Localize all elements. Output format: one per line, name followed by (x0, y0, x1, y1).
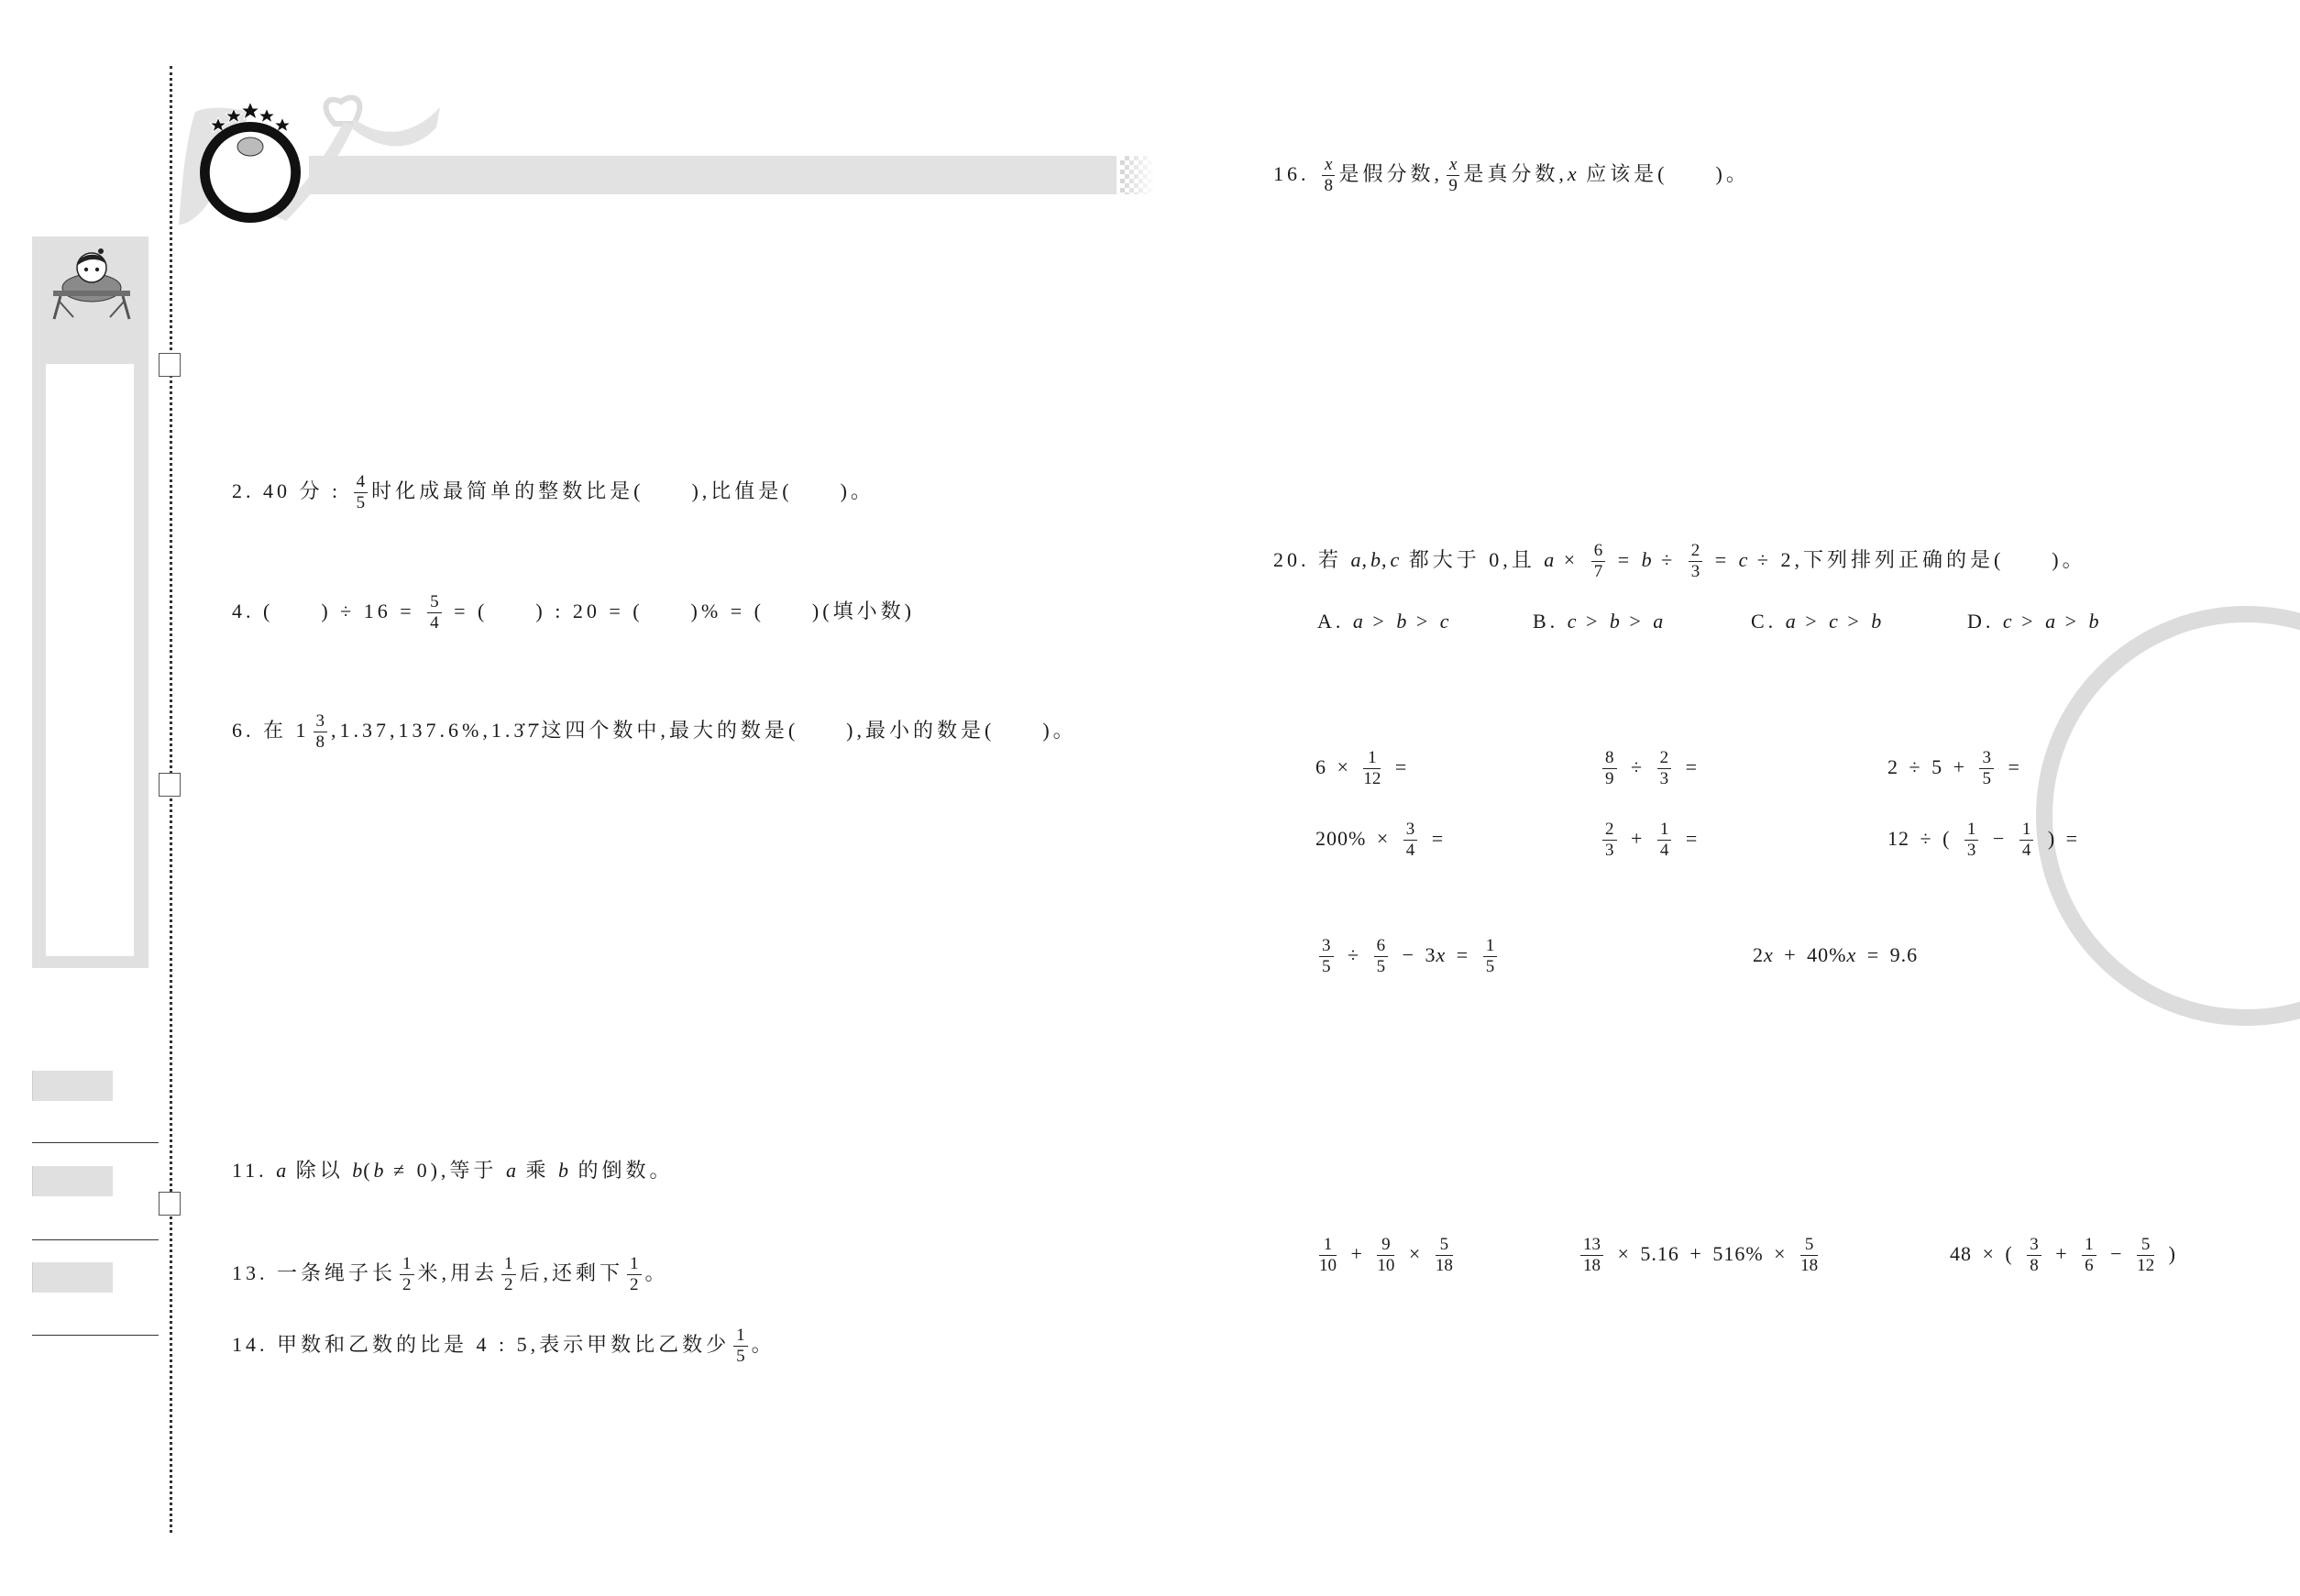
math-variable: b (2089, 610, 2100, 633)
simplify-item: 1318 × 5.16 + 516% × 518 (1577, 1239, 1821, 1269)
denominator: 9 (1447, 176, 1459, 195)
numerator: x (1322, 156, 1335, 176)
denominator: 5 (1374, 957, 1389, 976)
numerator: 1 (1657, 820, 1672, 841)
text-run: 48 × ( (1950, 1242, 2023, 1265)
text-run: = (1997, 755, 2020, 778)
class-field[interactable] (32, 1239, 159, 1240)
text-run: > (1407, 610, 1439, 633)
denominator: 8 (1322, 176, 1335, 195)
text-run: 是真分数, (1463, 162, 1568, 185)
question-7-line-1 (232, 779, 1154, 809)
question-13: 13. 一条绳子长12米,用去12后,还剩下12。 (232, 1259, 669, 1288)
fraction: 54 (427, 593, 442, 633)
math-variable: c (1440, 610, 1450, 633)
brand-logo (186, 99, 314, 227)
text-run: 14. 甲数和乙数的比是 4 : 5,表示甲数比乙数少 (232, 1333, 730, 1356)
verse-block (53, 669, 127, 730)
denominator: 18 (1580, 1256, 1603, 1275)
school-field-label (32, 1262, 113, 1293)
numerator: 1 (733, 1326, 748, 1347)
text-run: ÷ (1653, 548, 1685, 571)
text-run: 6. 在 1 (232, 719, 310, 742)
text-run: , (1381, 548, 1391, 571)
question-13-answer-bracket[interactable] (1084, 1259, 1155, 1288)
denominator: 3 (1964, 841, 1979, 860)
question-17-options (1317, 311, 2142, 340)
text-run: = (1706, 548, 1738, 571)
denominator: 10 (1319, 1256, 1337, 1275)
text-run: 米,用去 (418, 1261, 499, 1284)
fraction: 12 (501, 1255, 516, 1294)
text-run: 2 ÷ 5 + (1887, 755, 1975, 778)
fraction: x9 (1447, 156, 1459, 195)
fraction: x8 (1322, 156, 1335, 195)
denominator: 3 (1602, 841, 1617, 860)
question-11: 11. a 除以 b(b ≠ 0),等于 a 乘 b 的倒数。 (232, 1156, 673, 1185)
text-run: 11. (232, 1159, 276, 1182)
text-run: = (1421, 827, 1444, 850)
text-run: 2. 40 分 : (232, 479, 350, 502)
fraction: 35 (1979, 749, 1994, 788)
question-12-answer-bracket[interactable] (1084, 1203, 1155, 1232)
question-18-options (1317, 401, 2142, 430)
text-run: ) (2158, 1242, 2176, 1265)
numerator: 3 (1319, 937, 1334, 957)
text-run: 乘 (517, 1159, 558, 1182)
question-16: 16. x8是假分数,x9是真分数,x 应该是( )。 (1273, 160, 1750, 189)
question-20: 20. 若 a,b,c 都大于 0,且 a × 67 = b ÷ 23 = c … (1273, 545, 2086, 575)
fraction: 12 (627, 1255, 642, 1294)
math-variable: a (506, 1159, 517, 1182)
math-variable: b (1370, 548, 1381, 571)
math-variable: x (1436, 943, 1447, 966)
numerator: 3 (314, 712, 328, 732)
text-run: ÷ 2,下列排列正确的是( )。 (1748, 548, 2085, 571)
math-variable: x (1764, 943, 1774, 966)
fraction: 110 (1319, 1236, 1337, 1275)
equation-item: 35 ÷ 65 − 3x = 15 (1315, 941, 1501, 970)
text-run: > (2013, 610, 2045, 633)
fraction: 15 (1483, 937, 1498, 976)
binding-mark-ding (159, 773, 181, 797)
fraction: 89 (1602, 749, 1617, 788)
text-run: = (1675, 755, 1698, 778)
text-run: 13. 一条绳子长 (232, 1261, 396, 1284)
fraction: 38 (314, 712, 328, 752)
question-11-answer-bracket[interactable] (1084, 1156, 1155, 1185)
math-variable: b (1396, 610, 1407, 633)
math-variable: b (1642, 548, 1653, 571)
question-10-line-1 (232, 1014, 1154, 1043)
text-run: C. (1751, 610, 1786, 633)
denominator: 12 (1363, 769, 1381, 788)
text-run: 16. (1273, 162, 1318, 185)
text-run: = (1384, 755, 1407, 778)
calc-item: 2 ÷ 5 + 35 = (1887, 753, 2020, 782)
option-a: A. a > b > c (1317, 607, 1450, 636)
fraction: 65 (1374, 937, 1389, 976)
calc-item: 89 ÷ 23 = (1599, 753, 1698, 782)
math-variable: c (1391, 548, 1401, 571)
verse-block (53, 743, 127, 804)
verse-block (53, 595, 127, 655)
fraction: 34 (1403, 820, 1418, 860)
question-20-options: A. a > b > c B. c > b > a C. a > c > b D… (1317, 607, 2142, 636)
name-field-label (32, 1071, 113, 1101)
fraction: 23 (1602, 820, 1617, 860)
numerator: 1 (2019, 820, 2034, 841)
denominator: 5 (1979, 769, 1994, 788)
title-band (309, 156, 1117, 194)
question-1-line-1 (232, 372, 1154, 402)
binding-mark-zhuang (159, 353, 181, 377)
numerator: 2 (1657, 749, 1672, 769)
numerator: 4 (354, 473, 369, 493)
text-run: > (1621, 610, 1653, 633)
text-run: − 3 (1392, 943, 1436, 966)
fraction: 518 (1800, 1236, 1818, 1275)
fraction: 38 (2027, 1236, 2041, 1275)
denominator: 5 (1319, 957, 1334, 976)
fraction: 14 (1657, 820, 1672, 860)
text-run: = (1675, 827, 1698, 850)
text-run: ) = (2037, 827, 2078, 850)
math-variable: b (352, 1159, 363, 1182)
school-field[interactable] (32, 1335, 159, 1336)
text-run: × (1555, 548, 1587, 571)
denominator: 7 (1591, 562, 1606, 581)
numerator: 6 (1591, 542, 1606, 562)
text-run: ,1.37,137.6%,1.3̇7̇这四个数中,最大的数是( ),最小的数是(… (331, 719, 1077, 742)
text-run: 。 (645, 1261, 669, 1284)
denominator: 5 (354, 493, 369, 512)
text-run: ( (363, 1159, 373, 1182)
numerator: 5 (427, 593, 442, 613)
name-field[interactable] (32, 1142, 159, 1143)
numerator: 1 (627, 1255, 642, 1275)
denominator: 9 (1602, 769, 1617, 788)
verse-block (53, 372, 127, 433)
fraction: 518 (1436, 1236, 1453, 1275)
math-variable: c (1829, 610, 1839, 633)
text-run: = (1446, 943, 1479, 966)
text-run: 20. 若 (1273, 548, 1351, 571)
denominator: 10 (1377, 1256, 1394, 1275)
numerator: 2 (1689, 542, 1703, 562)
simplify-item: 48 × ( 38 + 16 − 512 ) (1950, 1239, 2176, 1269)
math-variable: a (1351, 548, 1362, 571)
fraction: 512 (2137, 1236, 2154, 1275)
title-band-fade (1120, 156, 1155, 194)
math-variable: b (1610, 610, 1621, 633)
denominator: 4 (1657, 841, 1672, 860)
numerator: 6 (1374, 937, 1389, 957)
denominator: 2 (501, 1275, 516, 1294)
denominator: 18 (1436, 1256, 1453, 1275)
text-run: 后,还剩下 (520, 1261, 624, 1284)
portrait-icon (237, 138, 263, 156)
simplify-item: 110 + 910 × 518 (1315, 1239, 1457, 1269)
text-run: > (1577, 610, 1609, 633)
math-variable: b (1871, 610, 1882, 633)
calc-item: 6 × 112 = (1315, 753, 1407, 782)
question-16-options (1317, 220, 2142, 249)
numerator: 1 (2082, 1236, 2096, 1256)
numerator: 1 (400, 1255, 414, 1275)
text-run: × (1398, 1242, 1431, 1265)
text-run: A. (1317, 610, 1353, 633)
text-run: + (1340, 1242, 1373, 1265)
fraction: 14 (2019, 820, 2034, 860)
numerator: 3 (1403, 820, 1418, 841)
text-run: 2 (1753, 943, 1764, 966)
text-run: = (1609, 548, 1641, 571)
math-variable: a (1544, 548, 1555, 571)
denominator: 5 (733, 1347, 748, 1366)
calc-item: 200% × 34 = (1315, 824, 1444, 853)
text-run: = 9.6 (1856, 943, 1918, 966)
option-b: B. c > b > a (1533, 607, 1664, 636)
question-14: 14. 甲数和乙数的比是 4 : 5,表示甲数比乙数少15。 (232, 1330, 776, 1359)
math-variable: x (1847, 943, 1857, 966)
text-run: > (1839, 610, 1871, 633)
text-run: D. (1967, 610, 2003, 633)
denominator: 4 (2019, 841, 2034, 860)
numerator: 2 (1602, 820, 1617, 841)
fraction: 910 (1377, 1236, 1394, 1275)
text-run: 除以 (287, 1159, 352, 1182)
binding-mark-xian (159, 1192, 181, 1216)
class-field-label (32, 1166, 113, 1196)
verse-block (53, 446, 127, 507)
equation-item: 2x + 40%x = 9.6 (1753, 941, 1918, 970)
fraction: 16 (2082, 1236, 2096, 1275)
text-run: > (1364, 610, 1396, 633)
denominator: 2 (627, 1275, 642, 1294)
numerator: 1 (501, 1255, 516, 1275)
secret-stamp-watermark (2026, 596, 2300, 1036)
question-2: 2. 40 分 : 45时化成最简单的整数比是( ),比值是( )。 (232, 477, 875, 506)
fraction: 45 (354, 473, 369, 512)
text-run: 。 (752, 1333, 776, 1356)
math-variable: c (2003, 610, 2013, 633)
fraction: 23 (1689, 542, 1703, 581)
fraction: 13 (1964, 820, 1979, 860)
math-variable: a (2045, 610, 2056, 633)
student-illustration-icon (46, 244, 138, 321)
math-variable: x (1568, 162, 1578, 185)
math-variable: b (558, 1159, 569, 1182)
numerator: 1 (1964, 820, 1979, 841)
math-variable: b (374, 1159, 385, 1182)
text-run: × 5.16 + 516% × (1607, 1242, 1797, 1265)
calc-item: 12 ÷ ( 13 − 14 ) = (1887, 824, 2078, 853)
numerator: 1 (1483, 937, 1498, 957)
fraction: 112 (1363, 749, 1381, 788)
text-run: − (1982, 827, 2015, 850)
text-run: ÷ (1621, 755, 1654, 778)
stamp-ring (2044, 614, 2300, 1018)
denominator: 8 (2027, 1256, 2041, 1275)
text-run: 12 ÷ ( (1887, 827, 1961, 850)
text-run: 应该是( )。 (1578, 162, 1750, 185)
numerator: 13 (1580, 1236, 1603, 1256)
numerator: x (1447, 156, 1459, 176)
text-run: + 40% (1774, 943, 1847, 966)
text-run: 时化成最简单的整数比是( ),比值是( )。 (371, 479, 875, 502)
denominator: 3 (1657, 769, 1672, 788)
numerator: 5 (1800, 1236, 1818, 1256)
fraction: 1318 (1580, 1236, 1603, 1275)
text-run: + (2045, 1242, 2078, 1265)
calc-item: 23 + 14 = (1599, 824, 1698, 853)
fraction: 35 (1319, 937, 1334, 976)
denominator: 18 (1800, 1256, 1818, 1275)
numerator: 3 (2027, 1236, 2041, 1256)
text-run: > (2056, 610, 2088, 633)
text-run: ÷ (1337, 943, 1370, 966)
text-run: 200% × (1315, 827, 1400, 850)
numerator: 5 (2137, 1236, 2154, 1256)
denominator: 5 (1483, 957, 1498, 976)
question-6: 6. 在 138,1.37,137.6%,1.3̇7̇这四个数中,最大的数是( … (232, 716, 1077, 745)
numerator: 9 (1377, 1236, 1394, 1256)
text-run: 是假分数, (1338, 162, 1443, 185)
verse-block (53, 892, 127, 952)
text-run: > (1797, 610, 1829, 633)
text-run: , (1362, 548, 1371, 571)
text-run: 4. ( ) ÷ 16 = (232, 600, 424, 622)
question-14-answer-bracket[interactable] (1084, 1330, 1155, 1359)
denominator: 12 (2137, 1256, 2154, 1275)
text-run: − (2100, 1242, 2133, 1265)
option-c: C. a > c > b (1751, 607, 1882, 636)
math-variable: c (1568, 610, 1578, 633)
binding-dotted-line (170, 66, 172, 1533)
text-run: 6 × (1315, 755, 1359, 778)
text-run: 都大于 0,且 (1400, 548, 1544, 571)
text-run: = ( ) : 20 = ( )% = ( )(填小数) (446, 600, 915, 622)
denominator: 4 (427, 613, 442, 633)
option-d: D. c > a > b (1967, 607, 2100, 636)
denominator: 8 (314, 732, 328, 752)
denominator: 6 (2082, 1256, 2096, 1275)
text-run: 的倒数。 (569, 1159, 674, 1182)
text-run: + (1621, 827, 1654, 850)
fraction: 23 (1657, 749, 1672, 788)
math-variable: a (1653, 610, 1664, 633)
math-variable: c (1739, 548, 1749, 571)
fraction: 15 (733, 1326, 748, 1366)
question-15-answer-bracket[interactable] (1084, 1396, 1155, 1425)
fraction: 12 (400, 1255, 414, 1294)
numerator: 3 (1979, 749, 1994, 769)
denominator: 4 (1403, 841, 1418, 860)
numerator: 1 (1319, 1236, 1337, 1256)
denominator: 3 (1689, 562, 1703, 581)
verse-block (53, 521, 127, 581)
numerator: 5 (1436, 1236, 1453, 1256)
verse-block (53, 818, 127, 878)
fraction: 67 (1591, 542, 1606, 581)
numerator: 8 (1602, 749, 1617, 769)
math-variable: a (276, 1159, 287, 1182)
question-4: 4. ( ) ÷ 16 = 54 = ( ) : 20 = ( )% = ( )… (232, 597, 915, 626)
denominator: 2 (400, 1275, 414, 1294)
numerator: 1 (1363, 749, 1381, 769)
math-variable: a (1786, 610, 1797, 633)
question-9-line-1 (232, 919, 1154, 949)
math-variable: a (1353, 610, 1364, 633)
text-run: B. (1533, 610, 1568, 633)
text-run: ≠ 0),等于 (385, 1159, 506, 1182)
question-19-options (1317, 491, 2142, 521)
